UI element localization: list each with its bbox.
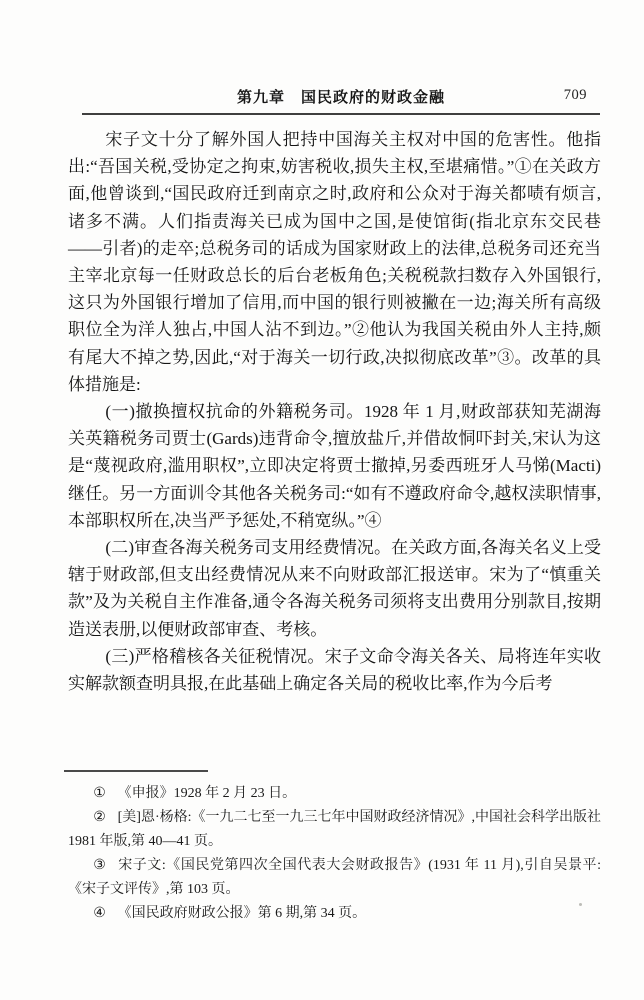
footnote-1-marker: ① bbox=[93, 786, 106, 801]
book-page: 第九章 国民政府的财政金融 709 宋子文十分了解外国人把持中国海关主权对中国的… bbox=[0, 0, 644, 1000]
footnotes: ①《申报》1928 年 2 月 23 日。 ②[美]恩·杨格:《一九二七至一九三… bbox=[68, 782, 601, 926]
footnote-3-text: 宋子文:《国民党第四次全国代表大会财政报告》(1931 年 11 月),引自吴景… bbox=[68, 858, 601, 897]
paragraph-measure-1: (一)撤换擅权抗命的外籍税务司。1928 年 1 月,财政部获知芜湖海关英籍税务… bbox=[68, 398, 601, 534]
paragraph-measure-3: (三)严格稽核各关征税情况。宋子文命令海关各关、局将连年实收实解款额查明具报,在… bbox=[68, 643, 601, 697]
scan-speck bbox=[579, 903, 582, 906]
paragraph-measure-2: (二)审查各海关税务司支用经费情况。在关政方面,各海关名义上受辖于财政部,但支出… bbox=[68, 534, 601, 643]
footnote-2-marker: ② bbox=[93, 810, 106, 825]
paragraph-intro: 宋子文十分了解外国人把持中国海关主权对中国的危害性。他指出:“吾国关税,受协定之… bbox=[68, 126, 601, 398]
running-head: 第九章 国民政府的财政金融 709 bbox=[82, 86, 600, 108]
page-number: 709 bbox=[564, 87, 587, 104]
chapter-title: 第九章 国民政府的财政金融 bbox=[82, 86, 600, 107]
footnote-3: ③宋子文:《国民党第四次全国代表大会财政报告》(1931 年 11 月),引自吴… bbox=[68, 854, 601, 902]
body-text: 宋子文十分了解外国人把持中国海关主权对中国的危害性。他指出:“吾国关税,受协定之… bbox=[68, 126, 601, 697]
footnote-1-text: 《申报》1928 年 2 月 23 日。 bbox=[118, 786, 297, 801]
footnote-2: ②[美]恩·杨格:《一九二七至一九三七年中国财政经济情况》,中国社会科学出版社 … bbox=[68, 806, 601, 854]
header-rule bbox=[82, 113, 600, 115]
footnote-4-text: 《国民政府财政公报》第 6 期,第 34 页。 bbox=[118, 906, 367, 921]
footnote-divider bbox=[64, 770, 208, 772]
footnote-4-marker: ④ bbox=[93, 906, 106, 921]
footnote-4: ④《国民政府财政公报》第 6 期,第 34 页。 bbox=[68, 902, 601, 926]
footnote-3-marker: ③ bbox=[93, 858, 106, 873]
footnote-1: ①《申报》1928 年 2 月 23 日。 bbox=[68, 782, 601, 806]
footnote-2-text: [美]恩·杨格:《一九二七至一九三七年中国财政经济情况》,中国社会科学出版社 1… bbox=[68, 810, 601, 849]
